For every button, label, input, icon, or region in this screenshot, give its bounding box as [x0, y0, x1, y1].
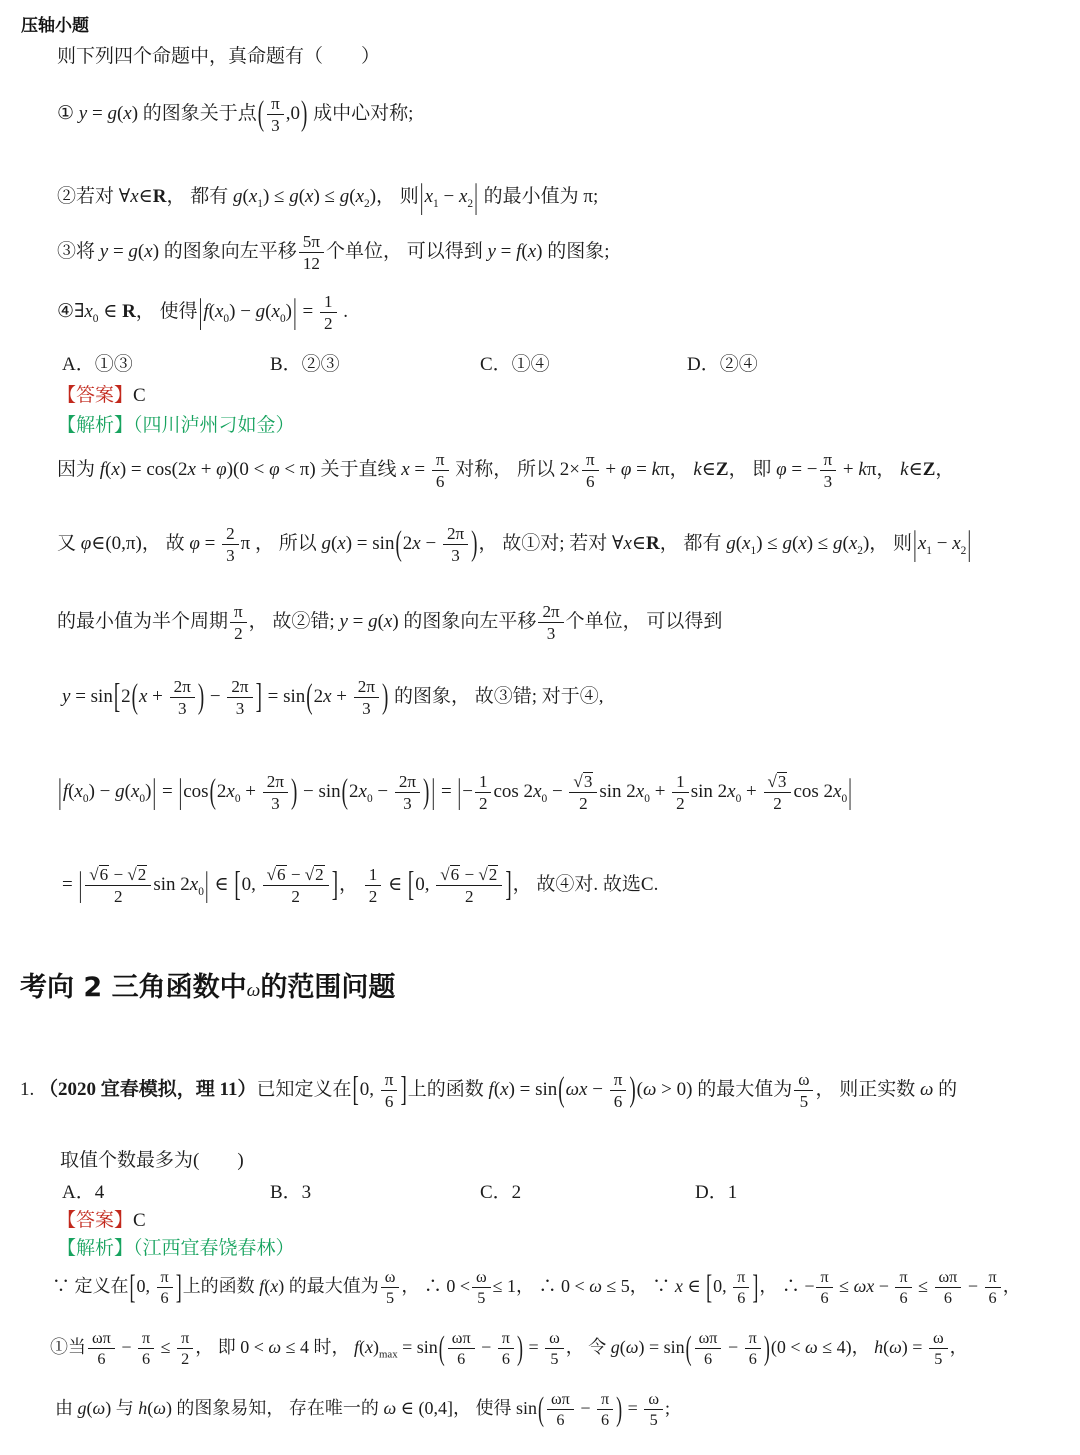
- big-delimiter: [: [407, 862, 415, 909]
- math-variable: x: [623, 533, 631, 554]
- big-delimiter: (: [438, 1326, 446, 1371]
- math-variable: x: [952, 533, 960, 554]
- fraction: π6: [580, 450, 601, 491]
- math-variable: x: [188, 459, 196, 480]
- math-variable: k: [858, 459, 866, 480]
- subscript: 0: [83, 793, 89, 805]
- solution-1-line-1: 因为 f(x) = cos(2x + φ)(0 < φ < π) 关于直线 x …: [57, 450, 954, 491]
- fraction: ω5: [470, 1268, 493, 1307]
- math-variable: ω: [247, 980, 261, 1001]
- math-variable: h: [138, 1398, 147, 1418]
- math-variable: k: [693, 459, 701, 480]
- subscript: 0: [280, 313, 286, 325]
- answer-1: 【答案】C: [57, 383, 146, 409]
- big-delimiter: ): [381, 674, 389, 721]
- solution-1-line-6: = |√6 − √22sin 2x0| ∈ [0, √6 − √22]， 12 …: [62, 865, 658, 906]
- math-variable: ω: [805, 1337, 818, 1357]
- math-variable: g: [128, 241, 138, 262]
- subscript: 0: [644, 793, 650, 805]
- math-variable: ω: [643, 1079, 656, 1100]
- subscript: 0: [367, 793, 373, 805]
- big-delimiter: |: [430, 769, 436, 816]
- math-variable: x: [798, 533, 806, 554]
- math-variable: x: [401, 459, 409, 480]
- math-variable: ω: [854, 1276, 867, 1296]
- math-variable: g: [782, 533, 792, 554]
- math-variable: x: [226, 781, 234, 802]
- math-variable: h: [874, 1337, 883, 1357]
- fraction: π6: [731, 1268, 751, 1307]
- subscript: 0: [223, 313, 229, 325]
- math-variable: x: [270, 1276, 278, 1296]
- big-delimiter: ): [628, 1067, 636, 1114]
- fraction: π6: [814, 1268, 834, 1307]
- fraction: ωπ6: [693, 1329, 724, 1368]
- math-variable: ω: [566, 1079, 579, 1100]
- solution-1-line-3: 的最小值为半个周期π2， 故②错; y = g(x) 的图象向左平移2π3个单位…: [57, 602, 722, 643]
- bold-text: R: [122, 301, 136, 322]
- big-delimiter: ): [422, 769, 430, 816]
- big-delimiter: ): [470, 521, 478, 568]
- big-delimiter: (: [209, 769, 217, 816]
- math-variable: g: [726, 533, 736, 554]
- math-variable: f: [63, 781, 68, 802]
- fraction: √32: [567, 772, 599, 813]
- big-delimiter: ): [763, 1326, 771, 1371]
- radical: √6: [267, 865, 287, 884]
- solution-2-line-1: ∵ 定义在[0, π6]上的函数 f(x) 的最大值为ω5， ∴ 0 <ω5≤ …: [52, 1268, 1021, 1307]
- radical: √6: [440, 865, 460, 884]
- math-variable: x: [412, 533, 420, 554]
- math-variable: y: [339, 611, 347, 632]
- math-variable: x: [74, 781, 82, 802]
- big-delimiter: |: [419, 174, 425, 221]
- option-2-c: C．2: [480, 1180, 521, 1206]
- fraction: √6 − √22: [83, 865, 153, 906]
- math-variable: x: [533, 781, 541, 802]
- solution-1-line-4: y = sin[2(x + 2π3) − 2π3] = sin(2x + 2π3…: [62, 677, 604, 718]
- big-delimiter: (: [537, 1387, 545, 1432]
- fraction: π6: [136, 1329, 156, 1368]
- fraction: π6: [893, 1268, 913, 1307]
- math-variable: x: [365, 1337, 373, 1357]
- big-delimiter: |: [847, 769, 853, 816]
- fraction: 12: [318, 292, 339, 333]
- math-variable: x: [359, 781, 367, 802]
- big-delimiter: (: [305, 674, 313, 721]
- solution-1-line-5: |f(x0) − g(x0)| = |cos(2x0 + 2π3) − sin(…: [57, 772, 853, 813]
- math-variable: f: [259, 1276, 264, 1296]
- math-variable: g: [833, 533, 843, 554]
- math-variable: y: [79, 103, 87, 124]
- big-delimiter: [: [233, 862, 241, 909]
- fraction: √6 − √22: [434, 865, 504, 906]
- math-variable: φ: [81, 533, 92, 554]
- fraction: 23: [220, 524, 241, 565]
- subscript: 0: [235, 793, 241, 805]
- fraction: π6: [379, 1070, 400, 1111]
- math-variable: g: [115, 781, 125, 802]
- radical: √3: [768, 772, 788, 791]
- radical: √3: [573, 772, 593, 791]
- math-variable: g: [233, 186, 243, 207]
- option-2-d: D．1: [695, 1180, 737, 1206]
- fraction: π6: [595, 1390, 615, 1429]
- fraction: 12: [670, 772, 691, 813]
- big-delimiter: ): [290, 769, 298, 816]
- math-variable: x: [272, 301, 280, 322]
- fraction: π3: [265, 94, 286, 135]
- math-variable: φ: [189, 533, 200, 554]
- math-variable: g: [611, 1337, 620, 1357]
- math-variable: ω: [626, 1337, 639, 1357]
- big-delimiter: ]: [504, 862, 512, 909]
- fraction: π6: [608, 1070, 629, 1111]
- big-delimiter: |: [966, 521, 972, 568]
- math-variable: x: [144, 241, 152, 262]
- math-variable: g: [78, 1398, 87, 1418]
- big-delimiter: |: [57, 769, 63, 816]
- subscript: 2: [857, 545, 863, 557]
- big-delimiter: (: [557, 1067, 565, 1114]
- option-1-d: D．②④: [687, 352, 758, 378]
- math-variable: x: [323, 686, 331, 707]
- solution-1-line-2: 又 φ∈(0,π)， 故 φ = 23π ， 所以 g(x) = sin(2x …: [57, 524, 972, 565]
- math-variable: x: [500, 1079, 508, 1100]
- analysis-label: 【解析】（江西宜春饶春林）: [57, 1238, 295, 1259]
- fraction: π6: [743, 1329, 763, 1368]
- big-delimiter: [: [705, 1265, 713, 1310]
- big-delimiter: ): [300, 91, 308, 138]
- subscript: 1: [926, 545, 932, 557]
- option-2-b: B．3: [270, 1180, 311, 1206]
- math-variable: x: [249, 186, 257, 207]
- math-variable: x: [528, 241, 536, 262]
- big-delimiter: |: [151, 769, 157, 816]
- question-stem: 则下列四个命题中，真命题有（ ）: [57, 44, 380, 70]
- math-variable: f: [354, 1337, 359, 1357]
- math-variable: x: [139, 686, 147, 707]
- fraction: ωπ6: [86, 1329, 117, 1368]
- big-delimiter: [: [351, 1067, 359, 1114]
- fraction: 2π3: [441, 524, 470, 565]
- fraction: π3: [818, 450, 839, 491]
- option-1-c: C．①④: [480, 352, 550, 378]
- bold-text: R: [646, 533, 660, 554]
- math-variable: x: [356, 186, 364, 207]
- math-variable: x: [84, 301, 92, 322]
- question-1: 1. （2020 宜春模拟，理 11）已知定义在[0, π6]上的函数 f(x)…: [20, 1070, 957, 1111]
- fraction: 12: [363, 865, 384, 906]
- fraction: ω5: [642, 1390, 665, 1429]
- math-variable: g: [368, 611, 378, 632]
- big-delimiter: ): [615, 1387, 623, 1432]
- bold-text: R: [153, 186, 167, 207]
- fraction: π6: [983, 1268, 1003, 1307]
- question-1-line-2: 取值个数最多为( ): [60, 1148, 244, 1174]
- option-1-b: B．②③: [270, 352, 340, 378]
- radical: √2: [478, 865, 498, 884]
- proposition-3: ③将 y = g(x) 的图象向左平移5π12个单位， 可以得到 y = f(x…: [57, 232, 610, 273]
- math-variable: f: [100, 459, 105, 480]
- math-variable: x: [384, 611, 392, 632]
- option-2-a: A．4: [62, 1180, 104, 1206]
- fraction: ωπ6: [446, 1329, 477, 1368]
- big-delimiter: |: [292, 289, 298, 336]
- fraction: 2π3: [168, 677, 197, 718]
- math-variable: ω: [93, 1398, 106, 1418]
- big-delimiter: |: [177, 769, 183, 816]
- fraction: √6 − √22: [261, 865, 331, 906]
- big-delimiter: ]: [331, 862, 339, 909]
- fraction: ω5: [543, 1329, 566, 1368]
- big-delimiter: ]: [399, 1067, 407, 1114]
- math-variable: φ: [621, 459, 632, 480]
- proposition-2: ②若对 ∀x∈R， 都有 g(x1) ≤ g(x) ≤ g(x2)， 则|x1 …: [57, 184, 598, 210]
- math-variable: x: [130, 186, 138, 207]
- fraction: 2π3: [261, 772, 290, 813]
- fraction: 2π3: [225, 677, 254, 718]
- option-1-a: A．①③: [62, 352, 133, 378]
- radical: √2: [305, 865, 325, 884]
- fraction: 5π12: [297, 232, 326, 273]
- math-variable: x: [337, 533, 345, 554]
- math-variable: φ: [776, 459, 787, 480]
- big-delimiter: (: [685, 1326, 693, 1371]
- big-delimiter: (: [341, 769, 349, 816]
- math-variable: x: [579, 1079, 587, 1100]
- big-delimiter: (: [394, 521, 402, 568]
- subscript: 1: [750, 545, 756, 557]
- proposition-4: ④∃x0 ∈ R， 使得|f(x0) − g(x0)| = 12 .: [57, 292, 348, 333]
- big-delimiter: (: [131, 674, 139, 721]
- big-delimiter: |: [198, 289, 204, 336]
- fraction: ωπ6: [545, 1390, 576, 1429]
- big-delimiter: |: [456, 769, 462, 816]
- answer-label: 【答案】: [57, 385, 133, 406]
- subscript: 0: [542, 793, 548, 805]
- big-delimiter: [: [113, 674, 121, 721]
- math-variable: x: [190, 874, 198, 895]
- math-variable: y: [487, 241, 495, 262]
- math-variable: x: [866, 1276, 874, 1296]
- math-variable: g: [289, 186, 299, 207]
- answer-label: 【答案】: [57, 1210, 133, 1231]
- math-variable: ω: [383, 1398, 396, 1418]
- fraction: 12: [473, 772, 494, 813]
- math-variable: k: [652, 459, 660, 480]
- fraction: π6: [496, 1329, 516, 1368]
- subscript: max: [379, 1348, 398, 1360]
- math-variable: f: [203, 301, 208, 322]
- math-variable: ω: [268, 1337, 281, 1357]
- bold-text: Z: [923, 459, 936, 480]
- answer-2: 【答案】C: [57, 1208, 146, 1234]
- big-delimiter: ]: [255, 674, 263, 721]
- big-delimiter: |: [473, 174, 479, 221]
- math-variable: g: [107, 103, 117, 124]
- fraction: 2π3: [393, 772, 422, 813]
- math-variable: y: [100, 241, 108, 262]
- big-delimiter: |: [77, 862, 83, 909]
- subscript: 0: [93, 313, 99, 325]
- radical: √6: [89, 865, 109, 884]
- math-variable: φ: [216, 459, 227, 480]
- math-variable: g: [321, 533, 331, 554]
- math-variable: k: [900, 459, 908, 480]
- math-variable: x: [675, 1276, 683, 1296]
- math-variable: ω: [589, 1276, 602, 1296]
- analysis-label: 【解析】（四川泸州刁如金）: [57, 415, 295, 436]
- math-variable: g: [340, 186, 350, 207]
- math-variable: φ: [269, 459, 280, 480]
- math-variable: f: [516, 241, 521, 262]
- bold-text: Z: [716, 459, 729, 480]
- math-variable: x: [305, 186, 313, 207]
- math-variable: x: [636, 781, 644, 802]
- fraction: 2π3: [536, 602, 565, 643]
- math-variable: f: [489, 1079, 494, 1100]
- math-variable: x: [727, 781, 735, 802]
- big-delimiter: ): [516, 1326, 524, 1371]
- subscript: 0: [139, 793, 145, 805]
- big-delimiter: ]: [175, 1265, 183, 1310]
- fraction: π2: [228, 602, 249, 643]
- big-delimiter: ]: [751, 1265, 759, 1310]
- solution-2-line-2: ①当ωπ6 − π6 ≤ π2， 即 0 < ω ≤ 4 时， f(x)max …: [50, 1329, 968, 1368]
- math-variable: ω: [920, 1079, 933, 1100]
- big-delimiter: ): [197, 674, 205, 721]
- document-page: 压轴小题 则下列四个命题中，真命题有（ ）① y = g(x) 的图象关于点(π…: [0, 0, 1080, 1455]
- fraction: π6: [155, 1268, 175, 1307]
- math-variable: x: [425, 186, 433, 207]
- big-delimiter: |: [204, 862, 210, 909]
- fraction: π2: [175, 1329, 195, 1368]
- math-variable: y: [62, 686, 70, 707]
- proposition-1: ① y = g(x) 的图象关于点(π3,0) 成中心对称;: [57, 94, 413, 135]
- section-heading: 考向 2 三角函数中ω的范围问题: [20, 970, 395, 1006]
- fraction: √32: [762, 772, 794, 813]
- bold-text: （2020 宜春模拟，理 11）: [39, 1079, 256, 1100]
- solution-2-line-3: 由 g(ω) 与 h(ω) 的图象易知， 存在唯一的 ω ∈ (0,4]， 使得…: [55, 1390, 670, 1429]
- math-variable: ω: [889, 1337, 902, 1357]
- subscript: 1: [433, 198, 439, 210]
- fraction: ω5: [792, 1070, 815, 1111]
- page-header-title: 压轴小题: [21, 11, 89, 36]
- fraction: ω5: [927, 1329, 950, 1368]
- fraction: 2π3: [352, 677, 381, 718]
- math-variable: g: [256, 301, 266, 322]
- subscript: 0: [736, 793, 742, 805]
- fraction: ω5: [379, 1268, 402, 1307]
- analysis-1: 【解析】（四川泸州刁如金）: [57, 413, 295, 439]
- math-variable: x: [849, 533, 857, 554]
- math-variable: x: [111, 459, 119, 480]
- subscript: 1: [257, 198, 263, 210]
- radical: √2: [127, 865, 147, 884]
- big-delimiter: (: [257, 91, 265, 138]
- subscript: 2: [364, 198, 370, 210]
- fraction: ωπ6: [933, 1268, 964, 1307]
- math-variable: ω: [153, 1398, 166, 1418]
- analysis-2: 【解析】（江西宜春饶春林）: [57, 1236, 295, 1262]
- big-delimiter: [: [129, 1265, 137, 1310]
- math-variable: x: [123, 103, 131, 124]
- fraction: π6: [430, 450, 451, 491]
- big-delimiter: |: [912, 521, 918, 568]
